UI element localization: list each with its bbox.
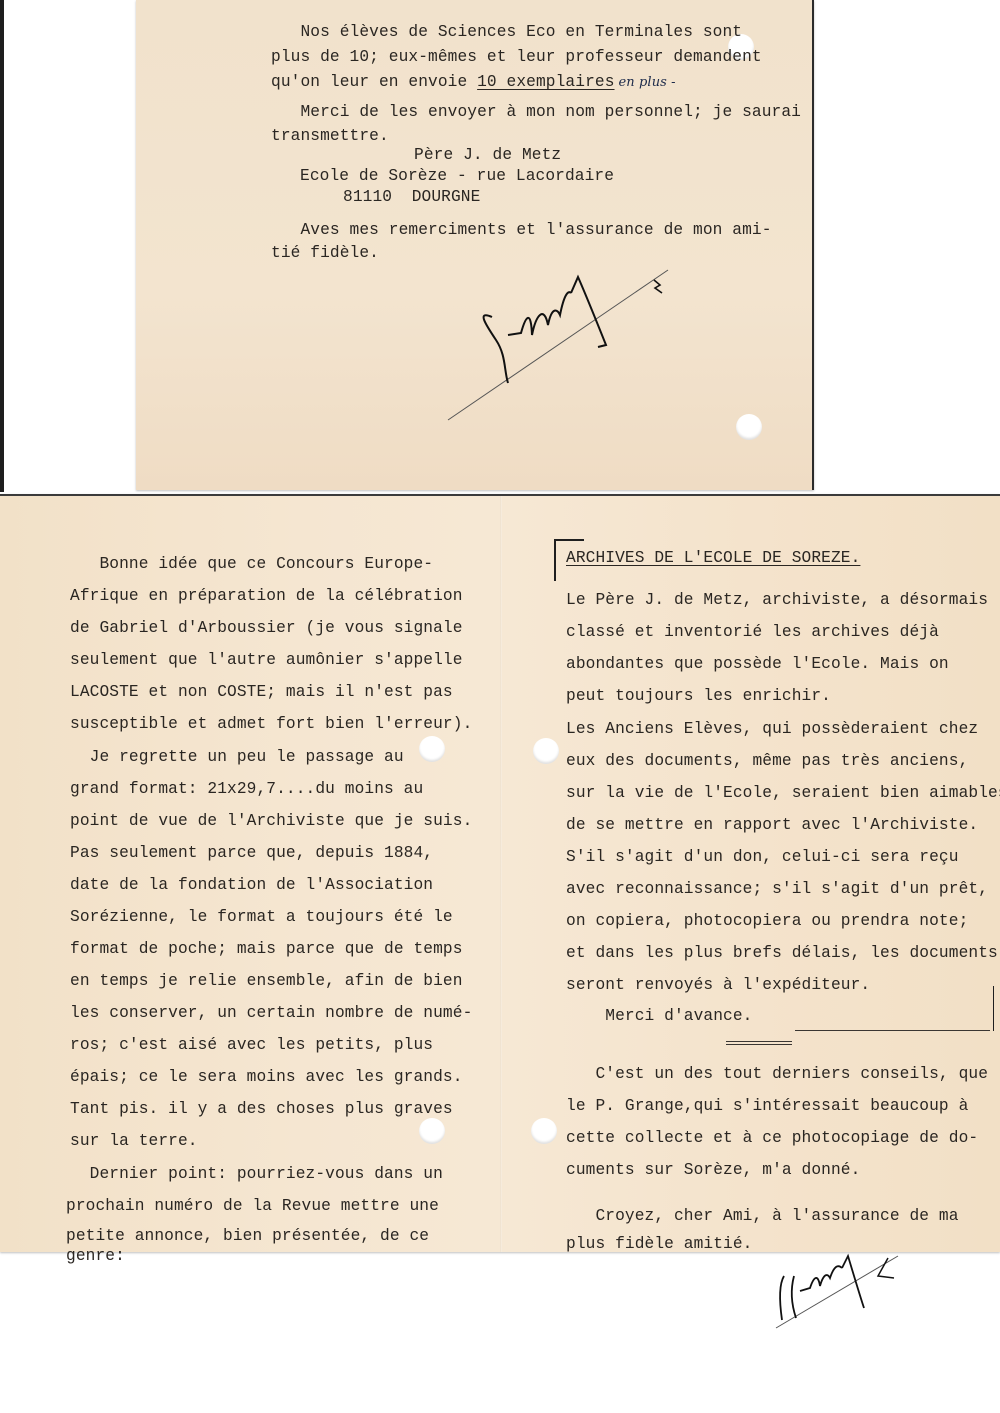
right-line: le P. Grange,qui s'intéressait beaucoup … — [566, 1098, 968, 1114]
left-line: Dernier point: pourriez-vous dans un — [70, 1166, 443, 1182]
left-line: les conserver, un certain nombre de numé… — [70, 1005, 472, 1021]
punch-hole — [419, 1118, 445, 1144]
punch-hole — [531, 1118, 557, 1144]
top-letter-line: qu'on leur en envoie 10 exemplairesen pl… — [271, 74, 676, 91]
address-city: 81110 DOURGNE — [343, 189, 480, 205]
bottom-letter-page: Bonne idée que ce Concours Europe- Afriq… — [0, 494, 1000, 1252]
top-letter-line-text: qu'on leur en envoie — [271, 73, 477, 91]
margin-bracket-mark — [554, 539, 584, 541]
separator-rule — [726, 1041, 792, 1042]
right-line: classé et inventorié les archives déjà — [566, 624, 939, 640]
top-letter-line: transmettre. — [271, 128, 389, 144]
top-letter-line: Nos élèves de Sciences Eco en Terminales… — [271, 24, 742, 40]
separator-rule — [726, 1044, 792, 1045]
left-line: susceptible et admet fort bien l'erreur)… — [70, 716, 472, 732]
left-line: Afrique en préparation de la célébration — [70, 588, 463, 604]
right-line: de se mettre en rapport avec l'Archivist… — [566, 817, 978, 833]
signature-bottom — [770, 1246, 910, 1336]
left-line: de Gabriel d'Arboussier (je vous signale — [70, 620, 463, 636]
top-letter-closing: tié fidèle. — [271, 245, 379, 261]
address-school: Ecole de Sorèze - rue Lacordaire — [300, 168, 614, 184]
left-line: date de la fondation de l'Association — [70, 877, 433, 893]
left-line: prochain numéro de la Revue mettre une — [66, 1198, 439, 1214]
right-line: plus fidèle amitié. — [566, 1236, 752, 1252]
left-line: Bonne idée que ce Concours Europe- — [70, 556, 433, 572]
right-line: avec reconnaissance; s'il s'agit d'un pr… — [566, 881, 988, 897]
right-line: abondantes que possède l'Ecole. Mais on — [566, 656, 949, 672]
right-line: Merci d'avance. — [566, 1008, 752, 1024]
top-letter-closing: Aves mes remerciments et l'assurance de … — [271, 222, 772, 238]
right-line: Le Père J. de Metz, archiviste, a désorm… — [566, 592, 988, 608]
left-line: grand format: 21x29,7....du moins au — [70, 781, 423, 797]
left-line: épais; ce le sera moins avec les grands. — [70, 1069, 463, 1085]
address-name: Père J. de Metz — [414, 147, 561, 163]
left-line: ros; c'est aisé avec les petits, plus — [70, 1037, 433, 1053]
signature-top — [436, 255, 696, 435]
punch-hole — [419, 736, 445, 762]
left-line: seulement que l'autre aumônier s'appelle — [70, 652, 463, 668]
top-letter-line: Merci de les envoyer à mon nom personnel… — [271, 104, 801, 120]
right-line: sur la vie de l'Ecole, seraient bien aim… — [566, 785, 1000, 801]
right-line: Croyez, cher Ami, à l'assurance de ma — [566, 1208, 959, 1224]
right-line: et dans les plus brefs délais, les docum… — [566, 945, 998, 961]
right-line: on copiera, photocopiera ou prendra note… — [566, 913, 968, 929]
page-fold — [500, 496, 502, 1252]
right-line: C'est un des tout derniers conseils, que — [566, 1066, 988, 1082]
right-line: eux des documents, même pas très anciens… — [566, 753, 968, 769]
right-line: S'il s'agit d'un don, celui-ci sera reçu — [566, 849, 959, 865]
right-line: cette collecte et à ce photocopiage de d… — [566, 1130, 978, 1146]
left-line: sur la terre. — [70, 1133, 198, 1149]
left-line: Je regrette un peu le passage au — [70, 749, 404, 765]
handwritten-addition: en plus - — [619, 75, 676, 90]
top-letter-line: plus de 10; eux-mêmes et leur professeur… — [271, 49, 762, 65]
right-line: seront renvoyés à l'expéditeur. — [566, 977, 870, 993]
right-line: peut toujours les enrichir. — [566, 688, 831, 704]
underlined-phrase: 10 exemplaires — [477, 73, 614, 91]
handwritten-vertical-mark — [993, 986, 994, 1031]
right-line: cuments sur Sorèze, m'a donné. — [566, 1162, 860, 1178]
left-line: en temps je relie ensemble, afin de bien — [70, 973, 463, 989]
punch-hole — [736, 414, 762, 440]
punch-hole — [533, 738, 559, 764]
left-line: petite annonce, bien présentée, de ce — [66, 1228, 429, 1244]
left-line: LACOSTE et non COSTE; mais il n'est pas — [70, 684, 453, 700]
left-line: point de vue de l'Archiviste que je suis… — [70, 813, 472, 829]
left-line: format de poche; mais parce que de temps — [70, 941, 463, 957]
left-line: Sorézienne, le format a toujours été le — [70, 909, 453, 925]
right-line: Les Anciens Elèves, qui possèderaient ch… — [566, 721, 978, 737]
margin-bracket-mark — [554, 539, 556, 581]
left-line: Tant pis. il y a des choses plus graves — [70, 1101, 453, 1117]
handwritten-rule — [795, 1030, 990, 1031]
archive-heading: ARCHIVES DE L'ECOLE DE SOREZE. — [566, 550, 860, 566]
left-line: Pas seulement parce que, depuis 1884, — [70, 845, 433, 861]
top-letter-page: Nos élèves de Sciences Eco en Terminales… — [136, 0, 814, 490]
left-line: genre: — [66, 1248, 125, 1264]
